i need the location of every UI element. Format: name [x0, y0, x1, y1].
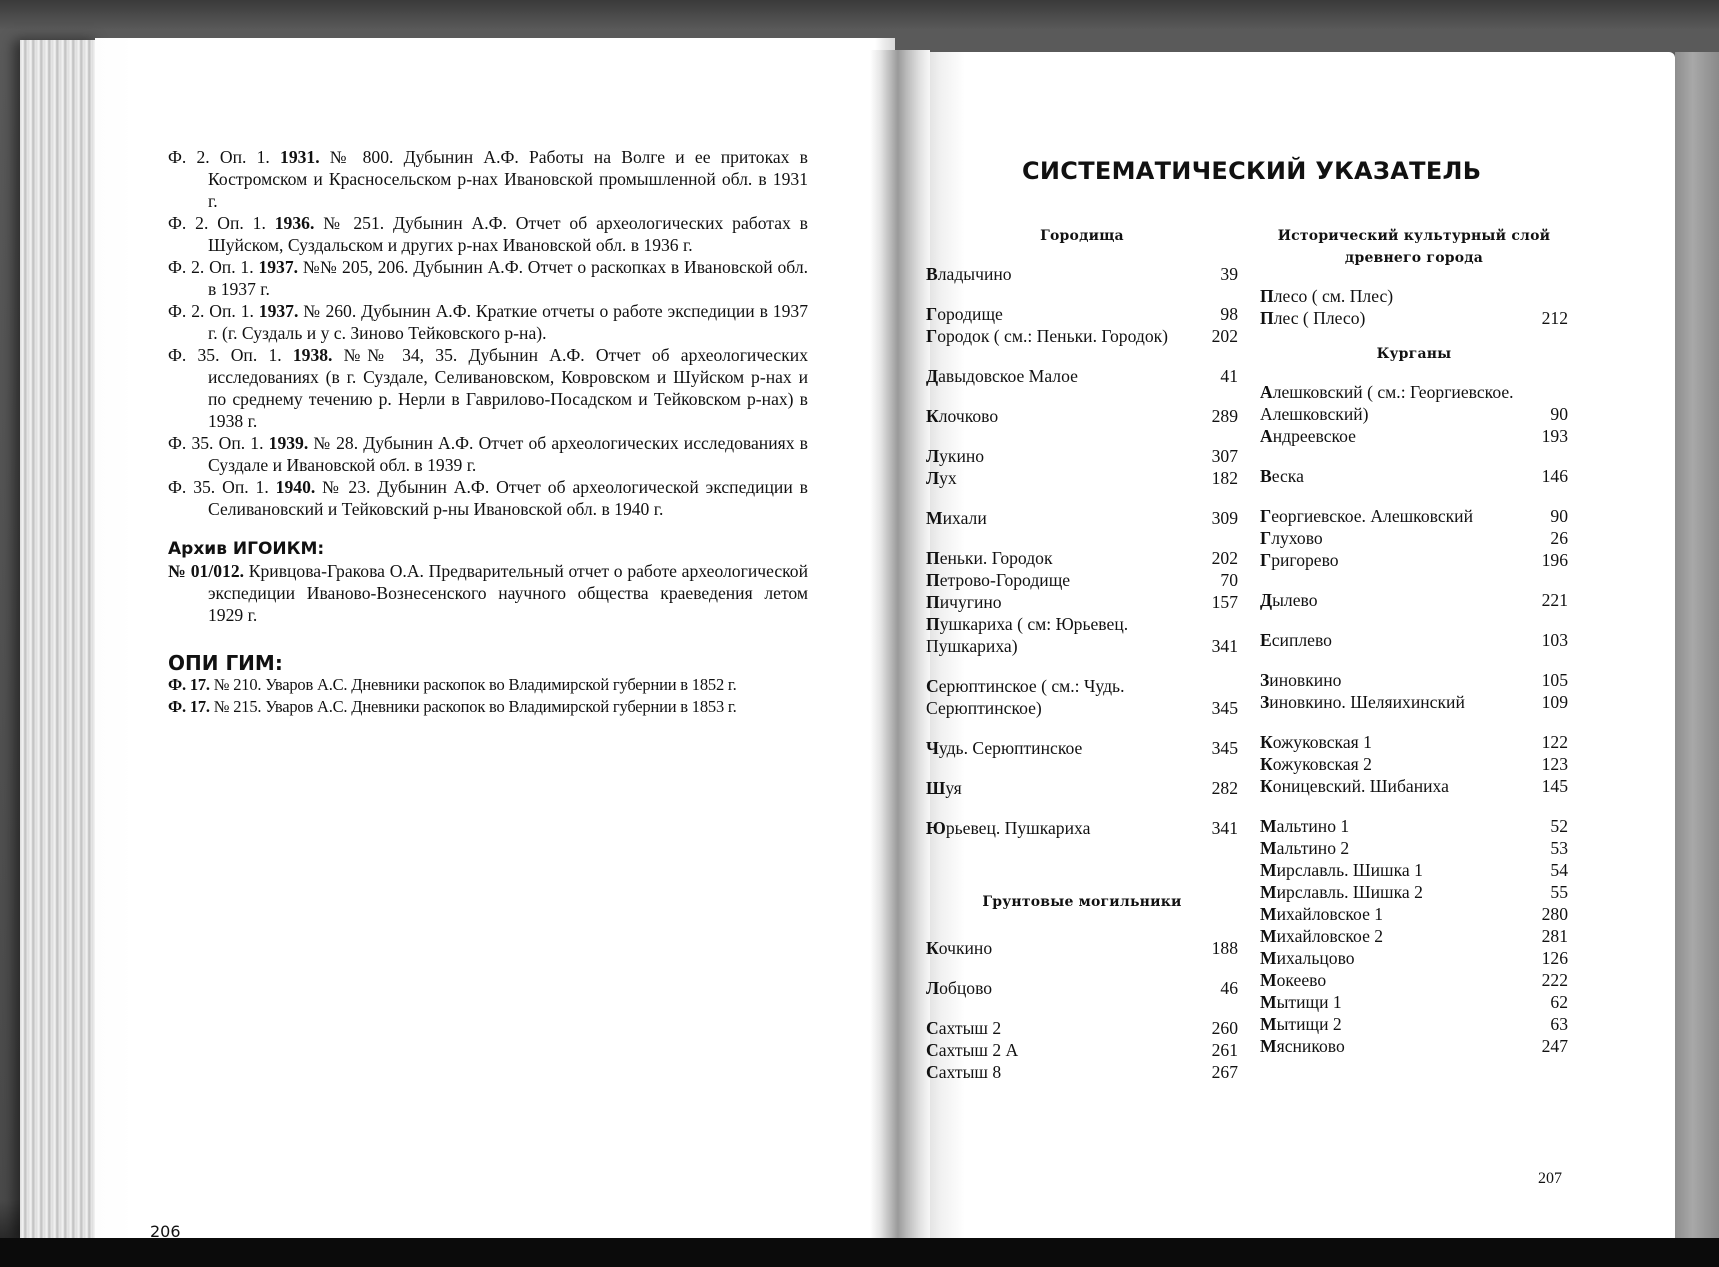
opi-gim-entry-text: № 215. Уваров А.С. Дневники раскопок во …: [210, 697, 737, 716]
page-reference: 54: [1532, 859, 1568, 881]
page-reference: 46: [1202, 977, 1238, 999]
index-entry: Зиновкино. Шеляихинский109: [1260, 691, 1568, 713]
page-reference: 289: [1202, 405, 1238, 427]
page-reference: 261: [1202, 1039, 1238, 1061]
archive-fond: Ф. 35. Оп. 1.: [168, 477, 276, 497]
book-gutter: [870, 50, 930, 1260]
index-entry: Давыдовское Малое41: [926, 365, 1238, 387]
archive-entry-text: №№ 205, 206. Дубынин А.Ф. Отчет о раскоп…: [208, 257, 808, 299]
archive-entry: Ф. 35. Оп. 1. 1938. №№ 34, 35. Дубынин А…: [168, 344, 808, 432]
page-reference: 188: [1202, 937, 1238, 959]
index-entry: Веска146: [1260, 465, 1568, 487]
index-entry: Чудь. Серюптинское345: [926, 737, 1238, 759]
site-name: Пушкариха ( см: Юрьевец. Пушкариха): [926, 613, 1202, 657]
page-reference: 41: [1202, 365, 1238, 387]
page-reference: 345: [1202, 737, 1238, 759]
index-entry: Мытищи 162: [1260, 991, 1568, 1013]
opi-gim-entry: Ф. 17. № 210. Уваров А.С. Дневники раско…: [168, 674, 808, 696]
left-page-content: Ф. 2. Оп. 1. 1931. № 800. Дубынин А.Ф. Р…: [168, 146, 808, 718]
index-entry: Сахтыш 2260: [926, 1017, 1238, 1039]
archive-entry: Ф. 35. Оп. 1. 1940. № 23. Дубынин А.Ф. О…: [168, 476, 808, 520]
index-entry: Шуя282: [926, 777, 1238, 799]
archive-year: 1939.: [269, 433, 309, 453]
site-name: Мясниково: [1260, 1035, 1532, 1057]
group-spacer: [926, 427, 1238, 445]
index-entry: Пушкариха ( см: Юрьевец. Пушкариха)341: [926, 613, 1238, 657]
site-name: Григорево: [1260, 549, 1532, 571]
site-name: Сахтыш 2 А: [926, 1039, 1202, 1061]
index-entry: Глухово26: [1260, 527, 1568, 549]
site-name: Петрово-Городище: [926, 569, 1202, 591]
archive-year: 1931.: [280, 147, 320, 167]
site-name: Городок ( см.: Пеньки. Городок): [926, 325, 1202, 347]
page-reference: 281: [1532, 925, 1568, 947]
index-entry: Мальтино 253: [1260, 837, 1568, 859]
index-entry: Плес ( Плесо)212: [1260, 307, 1568, 329]
section-heading-kurgany: Курганы: [1260, 343, 1568, 365]
site-name: Серюптинское ( см.: Чудь. Серюптинское): [926, 675, 1202, 719]
index-entry: Михали309: [926, 507, 1238, 529]
group-spacer: [926, 759, 1238, 777]
archive-fond: Ф. 2. Оп. 1.: [168, 213, 275, 233]
group-spacer: [1260, 447, 1568, 465]
index-entry: Михайловское 1280: [1260, 903, 1568, 925]
group-spacer: [926, 799, 1238, 817]
site-name: Юрьевец. Пушкариха: [926, 817, 1202, 839]
archive-year: 1940.: [276, 477, 316, 497]
index-entry: Кочкино188: [926, 937, 1238, 959]
group-spacer: [926, 387, 1238, 405]
site-name: Сахтыш 2: [926, 1017, 1202, 1039]
page-reference: 309: [1202, 507, 1238, 529]
page-reference: 109: [1532, 691, 1568, 713]
index-entry: Владычино39: [926, 263, 1238, 285]
site-name: Андреевское: [1260, 425, 1532, 447]
site-name: Мирславль. Шишка 2: [1260, 881, 1532, 903]
archive-entry-text: № 260. Дубынин А.Ф. Краткие отчеты о раб…: [208, 301, 808, 343]
page-reference: 212: [1532, 307, 1568, 329]
page-reference: 90: [1532, 403, 1568, 425]
site-name: Мытищи 2: [1260, 1013, 1532, 1035]
page-reference: 260: [1202, 1017, 1238, 1039]
page-reference: 145: [1532, 775, 1568, 797]
opi-gim-fond: Ф. 17.: [168, 675, 210, 694]
site-name: Шуя: [926, 777, 1202, 799]
index-entry: Городище98: [926, 303, 1238, 325]
group-spacer: [926, 657, 1238, 675]
site-name: Веска: [1260, 465, 1532, 487]
archive-fond: Ф. 35. Оп. 1.: [168, 433, 269, 453]
igoikm-heading: Архив ИГОИКМ:: [168, 538, 808, 560]
archive-entry: Ф. 35. Оп. 1. 1939. № 28. Дубынин А.Ф. О…: [168, 432, 808, 476]
site-name: Сахтыш 8: [926, 1061, 1202, 1083]
site-name: Плесо ( см. Плес): [1260, 285, 1532, 307]
page-reference: 146: [1532, 465, 1568, 487]
page-reference: 193: [1532, 425, 1568, 447]
group-spacer: [926, 347, 1238, 365]
page-reference: 122: [1532, 731, 1568, 753]
index-entry: Серюптинское ( см.: Чудь. Серюптинское)3…: [926, 675, 1238, 719]
section-gorodishcha: Владычино39Городище98Городок ( см.: Пень…: [926, 263, 1238, 839]
group-spacer: [926, 529, 1238, 547]
page-reference: 70: [1202, 569, 1238, 591]
index-entry: Георгиевское. Алешковский90: [1260, 505, 1568, 527]
site-name: Михали: [926, 507, 1202, 529]
index-entry: Городок ( см.: Пеньки. Городок)202: [926, 325, 1238, 347]
site-name: Есиплево: [1260, 629, 1532, 651]
index-entry: Мирславль. Шишка 255: [1260, 881, 1568, 903]
section-kurgany: Алешковский ( см.: Георгиевское. Алешков…: [1260, 381, 1568, 1057]
index-entry: Лобцово46: [926, 977, 1238, 999]
page-reference: 39: [1202, 263, 1238, 285]
index-entry: Пичугино157: [926, 591, 1238, 613]
group-spacer: [926, 719, 1238, 737]
page-reference: 202: [1202, 547, 1238, 569]
group-spacer: [1260, 797, 1568, 815]
group-spacer: [1260, 487, 1568, 505]
archive-year: 1937.: [259, 301, 299, 321]
page-reference: 221: [1532, 589, 1568, 611]
section-gruntovye: Кочкино188Лобцово46Сахтыш 2260Сахтыш 2 А…: [926, 937, 1238, 1083]
page-reference: 341: [1202, 817, 1238, 839]
index-entry: Сахтыш 8267: [926, 1061, 1238, 1083]
page-reference: 98: [1202, 303, 1238, 325]
igoikm-entry: № 01/012. Кривцова-Гракова О.А. Предвари…: [168, 560, 808, 626]
index-entry: Лукино307: [926, 445, 1238, 467]
page-reference: 26: [1532, 527, 1568, 549]
archive-fond: Ф. 2. Оп. 1.: [168, 257, 258, 277]
group-spacer: [926, 489, 1238, 507]
site-name: Чудь. Серюптинское: [926, 737, 1202, 759]
archive-fond: Ф. 2. Оп. 1.: [168, 301, 259, 321]
site-name: Давыдовское Малое: [926, 365, 1202, 387]
group-spacer: [1260, 713, 1568, 731]
index-entry: Мясниково247: [1260, 1035, 1568, 1057]
archive-entry: Ф. 2. Оп. 1. 1931. № 800. Дубынин А.Ф. Р…: [168, 146, 808, 212]
index-entry: Коницевский. Шибаниха145: [1260, 775, 1568, 797]
index-entry: Сахтыш 2 А261: [926, 1039, 1238, 1061]
section-heading-istoricheskiy: Исторический культурный слой древнего го…: [1260, 225, 1568, 269]
page-reference: 103: [1532, 629, 1568, 651]
index-entry: Зиновкино105: [1260, 669, 1568, 691]
opi-gim-entry: Ф. 17. № 215. Уваров А.С. Дневники раско…: [168, 696, 808, 718]
site-name: Алешковский ( см.: Георгиевское. Алешков…: [1260, 381, 1532, 425]
index-entry: Кожуковская 2123: [1260, 753, 1568, 775]
index-entry: Алешковский ( см.: Георгиевское. Алешков…: [1260, 381, 1568, 425]
index-column-right: Исторический культурный слой древнего го…: [1260, 225, 1568, 1057]
page-reference: 202: [1202, 325, 1238, 347]
page-reference: 345: [1202, 697, 1238, 719]
page-reference: 52: [1532, 815, 1568, 837]
index-entry: Мальтино 152: [1260, 815, 1568, 837]
page-reference: 222: [1532, 969, 1568, 991]
group-spacer: [926, 959, 1238, 977]
page-reference: 53: [1532, 837, 1568, 859]
page-number-left: 206: [150, 1222, 181, 1241]
site-name: Зиновкино: [1260, 669, 1532, 691]
scan-shadow-bottom: [0, 1238, 1719, 1267]
igoikm-entry-text: Кривцова-Гракова О.А. Предварительный от…: [208, 561, 808, 625]
page-reference: 182: [1202, 467, 1238, 489]
index-entry: Мокеево222: [1260, 969, 1568, 991]
archive-year: 1937.: [258, 257, 298, 277]
site-name: Владычино: [926, 263, 1202, 285]
page-reference: 63: [1532, 1013, 1568, 1035]
opi-gim-fond: Ф. 17.: [168, 697, 210, 716]
site-name: Глухово: [1260, 527, 1532, 549]
page-reference: 307: [1202, 445, 1238, 467]
page-title: СИСТЕМАТИЧЕСКИЙ УКАЗАТЕЛЬ: [1022, 157, 1481, 185]
section-heading-gorodishcha: Городища: [926, 225, 1238, 247]
page-reference: 196: [1532, 549, 1568, 571]
igoikm-entry-number: № 01/012.: [168, 561, 244, 581]
site-name: Лух: [926, 467, 1202, 489]
site-name: Клочково: [926, 405, 1202, 427]
index-entry: Юрьевец. Пушкариха341: [926, 817, 1238, 839]
index-entry: Мирславль. Шишка 154: [1260, 859, 1568, 881]
index-entry: Лух182: [926, 467, 1238, 489]
group-spacer: [926, 285, 1238, 303]
site-name: Плес ( Плесо): [1260, 307, 1532, 329]
archive-year: 1938.: [293, 345, 333, 365]
site-name: Михайловское 2: [1260, 925, 1532, 947]
archive-year: 1936.: [275, 213, 315, 233]
site-name: Мытищи 1: [1260, 991, 1532, 1013]
index-entry: Клочково289: [926, 405, 1238, 427]
page-reference: 157: [1202, 591, 1238, 613]
page-reference: 282: [1202, 777, 1238, 799]
archive-entry: Ф. 2. Оп. 1. 1937. №№ 205, 206. Дубынин …: [168, 256, 808, 300]
index-entry: Есиплево103: [1260, 629, 1568, 651]
book-page-edges-left: [20, 40, 100, 1240]
site-name: Мокеево: [1260, 969, 1532, 991]
page-reference: 105: [1532, 669, 1568, 691]
site-name: Пеньки. Городок: [926, 547, 1202, 569]
page-reference: 280: [1532, 903, 1568, 925]
page-reference: 62: [1532, 991, 1568, 1013]
page-reference: 126: [1532, 947, 1568, 969]
index-entry: Михальцово126: [1260, 947, 1568, 969]
page-reference: 55: [1532, 881, 1568, 903]
index-entry: Кожуковская 1122: [1260, 731, 1568, 753]
index-entry: Петрово-Городище70: [926, 569, 1238, 591]
archive-fond: Ф. 2. Оп. 1.: [168, 147, 280, 167]
site-name: Кочкино: [926, 937, 1202, 959]
site-name: Кожуковская 1: [1260, 731, 1532, 753]
index-entry: Григорево196: [1260, 549, 1568, 571]
index-column-left: Городища Владычино39Городище98Городок ( …: [926, 225, 1238, 1083]
section-heading-gruntovye: Грунтовые могильники: [926, 891, 1238, 913]
page-reference: 247: [1532, 1035, 1568, 1057]
archive-entry: Ф. 2. Оп. 1. 1937. № 260. Дубынин А.Ф. К…: [168, 300, 808, 344]
index-entry: Плесо ( см. Плес): [1260, 285, 1568, 307]
page-reference: 90: [1532, 505, 1568, 527]
site-name: Мирславль. Шишка 1: [1260, 859, 1532, 881]
index-entry: Михайловское 2281: [1260, 925, 1568, 947]
site-name: Михальцово: [1260, 947, 1532, 969]
page-reference: 267: [1202, 1061, 1238, 1083]
site-name: Коницевский. Шибаниха: [1260, 775, 1532, 797]
site-name: Михайловское 1: [1260, 903, 1532, 925]
group-spacer: [1260, 611, 1568, 629]
archive-entry-list: Ф. 2. Оп. 1. 1931. № 800. Дубынин А.Ф. Р…: [168, 146, 808, 520]
index-entry: Мытищи 263: [1260, 1013, 1568, 1035]
site-name: Городище: [926, 303, 1202, 325]
page-reference: 341: [1202, 635, 1238, 657]
opi-gim-entry-text: № 210. Уваров А.С. Дневники раскопок во …: [210, 675, 737, 694]
page-number-right: 207: [1538, 1170, 1562, 1188]
site-name: Мальтино 1: [1260, 815, 1532, 837]
opi-gim-heading: ОПИ ГИМ:: [168, 652, 808, 674]
page-reference: 123: [1532, 753, 1568, 775]
site-name: Мальтино 2: [1260, 837, 1532, 859]
section-istoricheskiy: Плесо ( см. Плес)Плес ( Плесо)212: [1260, 285, 1568, 329]
site-name: Георгиевское. Алешковский: [1260, 505, 1532, 527]
site-name: Лобцово: [926, 977, 1202, 999]
site-name: Дылево: [1260, 589, 1532, 611]
site-name: Кожуковская 2: [1260, 753, 1532, 775]
book-page-edges-right: [1675, 52, 1719, 1252]
archive-entry: Ф. 2. Оп. 1. 1936. № 251. Дубынин А.Ф. О…: [168, 212, 808, 256]
group-spacer: [926, 999, 1238, 1017]
index-entry: Дылево221: [1260, 589, 1568, 611]
group-spacer: [1260, 571, 1568, 589]
site-name: Зиновкино. Шеляихинский: [1260, 691, 1532, 713]
index-entry: Пеньки. Городок202: [926, 547, 1238, 569]
index-entry: Андреевское193: [1260, 425, 1568, 447]
archive-fond: Ф. 35. Оп. 1.: [168, 345, 293, 365]
group-spacer: [1260, 651, 1568, 669]
site-name: Лукино: [926, 445, 1202, 467]
site-name: Пичугино: [926, 591, 1202, 613]
